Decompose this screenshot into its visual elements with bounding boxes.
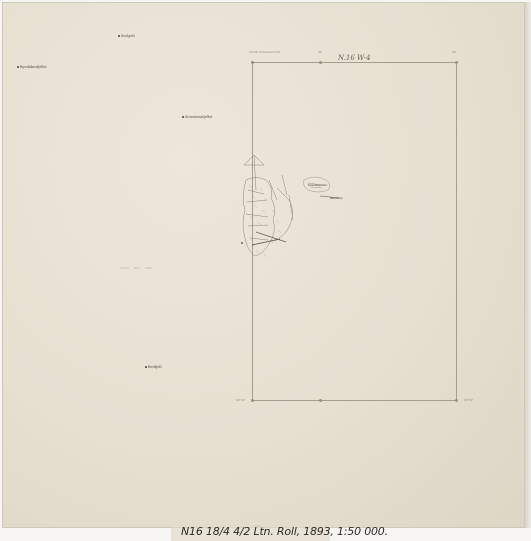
frame-coord-top-left: 20°40' Greenwich Öst — [249, 50, 280, 54]
corner-mark-icon — [251, 399, 254, 402]
frame-coord-top-right: 50' — [452, 50, 456, 54]
sheet-edge — [525, 2, 531, 528]
frame-coord-top-middle: 40' — [318, 50, 322, 54]
corner-mark-icon — [319, 399, 322, 402]
sheet-title: N.16 W-4 — [338, 54, 371, 62]
point-marker-icon — [118, 35, 120, 37]
frame-coord-bottom-right: 69°20' — [464, 398, 473, 402]
terrain-hachures: Kvænangstind Badderen — [234, 150, 364, 280]
corner-mark-icon — [455, 399, 458, 402]
point-marker-icon — [145, 366, 147, 368]
margin-notes: Tydes Pris 1893 — [120, 266, 152, 270]
note-text: Pris — [134, 266, 140, 270]
corner-mark-icon — [319, 61, 322, 64]
corner-mark-icon — [455, 61, 458, 64]
point-marker-icon — [182, 116, 184, 118]
place-label: Reitfjell — [145, 365, 162, 369]
point-marker-icon — [17, 66, 19, 68]
place-label: Svolgeli — [118, 34, 135, 38]
terrain-label: Badderen — [330, 196, 343, 200]
place-label: Storsteinsfjellet — [182, 115, 212, 119]
corner-mark-icon — [251, 61, 254, 64]
catalogue-label: N16 18/4 4/2 Ltn. Roll, 1893, 1:50 000. — [181, 525, 388, 538]
place-label: Ryssbikesfjellet — [17, 65, 47, 69]
terrain-label: Kvænangstind — [308, 183, 327, 187]
frame-coord-bottom-left: 69°20' — [236, 398, 245, 402]
note-text: 1893 — [144, 266, 152, 270]
note-text: Tydes — [120, 266, 129, 270]
